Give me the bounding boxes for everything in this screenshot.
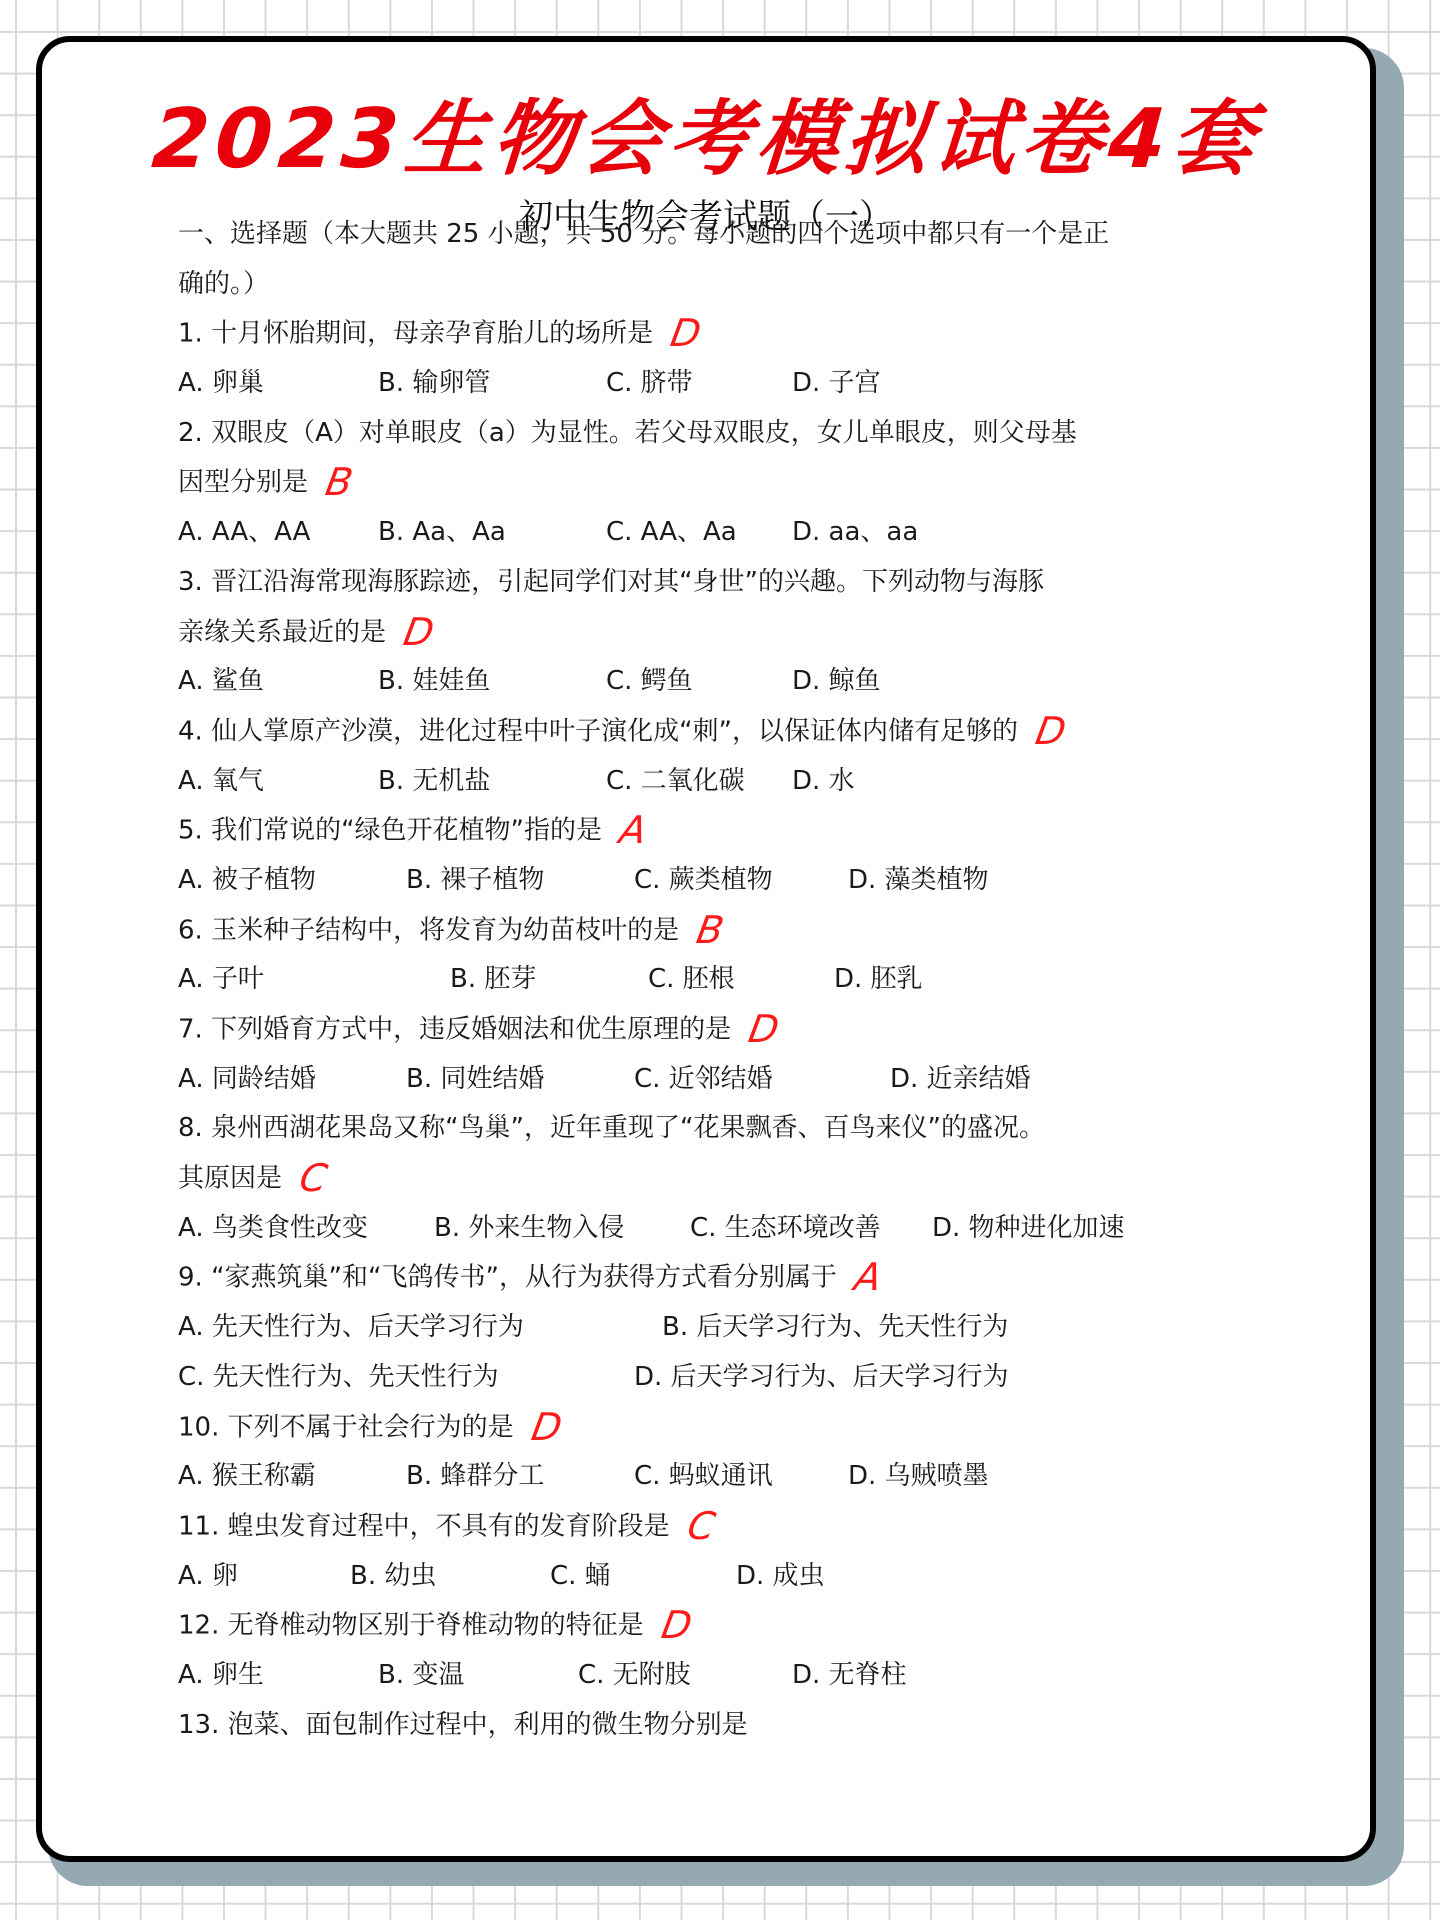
answer-option: B. 蜂群分工 xyxy=(406,1452,634,1502)
question-text: 9. “家燕筑巢”和“飞鸽传书”，从行为获得方式看分别属于 xyxy=(178,1263,837,1293)
answer-option: C. 二氧化碳 xyxy=(606,757,792,807)
answer-option: C. 蕨类植物 xyxy=(634,856,848,906)
answer-option: B. 变温 xyxy=(378,1651,578,1701)
answer-option: B. 后天学习行为、先天性行为 xyxy=(662,1303,1062,1353)
answer-option: B. 幼虫 xyxy=(350,1552,550,1602)
answer-option: C. 生态环境改善 xyxy=(690,1204,932,1254)
question-text: 6. 玉米种子结构中，将发育为幼苗枝叶的是 xyxy=(178,915,679,945)
answer-option: D. 乌贼喷墨 xyxy=(848,1452,1028,1502)
question-item: 10. 下列不属于社会行为的是DA. 猴王称霸B. 蜂群分工C. 蚂蚁通讯D. … xyxy=(178,1403,1228,1502)
question-text: 4. 仙人掌原产沙漠，进化过程中叶子演化成“刺”，以保证体内储有足够的 xyxy=(178,716,1018,746)
question-item: 4. 仙人掌原产沙漠，进化过程中叶子演化成“刺”，以保证体内储有足够的DA. 氧… xyxy=(178,707,1228,806)
question-stem: 2. 双眼皮（A）对单眼皮（a）为显性。若父母双眼皮，女儿单眼皮，则父母基 xyxy=(178,409,1228,459)
options-row: A. 先天性行为、后天学习行为B. 后天学习行为、先天性行为 xyxy=(178,1303,1228,1353)
question-text: 10. 下列不属于社会行为的是 xyxy=(178,1412,514,1442)
answer-option: C. 脐带 xyxy=(606,359,792,409)
question-list: 1. 十月怀胎期间，母亲孕育胎儿的场所是DA. 卵巢B. 输卵管C. 脐带D. … xyxy=(178,309,1228,1750)
handwritten-answer: D xyxy=(1032,707,1070,757)
question-stem: 1. 十月怀胎期间，母亲孕育胎儿的场所是D xyxy=(178,309,1228,359)
answer-option: A. 氧气 xyxy=(178,757,378,807)
answer-option: C. 鳄鱼 xyxy=(606,657,792,707)
question-stem: 11. 蝗虫发育过程中，不具有的发育阶段是C xyxy=(178,1502,1228,1552)
handwritten-answer: B xyxy=(322,458,357,508)
handwritten-answer: D xyxy=(667,309,705,359)
answer-option: B. 外来生物入侵 xyxy=(434,1204,690,1254)
answer-option: B. 裸子植物 xyxy=(406,856,634,906)
section-heading-line-1: 一、选择题（本大题共 25 小题，共 50 分。每小题的四个选项中都只有一个是正 xyxy=(178,210,1228,260)
answer-option: A. 卵巢 xyxy=(178,359,378,409)
options-row: A. 卵B. 幼虫C. 蛹D. 成虫 xyxy=(178,1552,1228,1602)
answer-option: B. 无机盐 xyxy=(378,757,606,807)
options-row: C. 先天性行为、先天性行为D. 后天学习行为、后天学习行为 xyxy=(178,1353,1228,1403)
answer-option: C. 蚂蚁通讯 xyxy=(634,1452,848,1502)
question-text: 8. 泉州西湖花果岛又称“鸟巢”，近年重现了“花果飘香、百鸟来仪”的盛况。 xyxy=(178,1113,1045,1143)
options-row: A. 鲨鱼B. 娃娃鱼C. 鳄鱼D. 鲸鱼 xyxy=(178,657,1228,707)
answer-option: A. 子叶 xyxy=(178,955,450,1005)
handwritten-answer: B xyxy=(693,906,728,956)
question-stem: 因型分别是B xyxy=(178,458,1228,508)
answer-option: A. 猴王称霸 xyxy=(178,1452,406,1502)
answer-option: D. 水 xyxy=(792,757,942,807)
question-text: 5. 我们常说的“绿色开花植物”指的是 xyxy=(178,816,602,846)
options-row: A. 卵巢B. 输卵管C. 脐带D. 子宫 xyxy=(178,359,1228,409)
options-row: A. 同龄结婚B. 同姓结婚C. 近邻结婚D. 近亲结婚 xyxy=(178,1055,1228,1105)
handwritten-answer: A xyxy=(616,806,651,856)
question-stem: 9. “家燕筑巢”和“飞鸽传书”，从行为获得方式看分别属于A xyxy=(178,1253,1228,1303)
handwritten-answer: C xyxy=(296,1154,331,1204)
question-stem: 4. 仙人掌原产沙漠，进化过程中叶子演化成“刺”，以保证体内储有足够的D xyxy=(178,707,1228,757)
question-stem: 其原因是C xyxy=(178,1154,1228,1204)
answer-option: C. AA、Aa xyxy=(606,508,792,558)
question-item: 3. 晋江沿海常现海豚踪迹，引起同学们对其“身世”的兴趣。下列动物与海豚亲缘关系… xyxy=(178,558,1228,707)
question-stem: 12. 无脊椎动物区别于脊椎动物的特征是D xyxy=(178,1601,1228,1651)
answer-option: B. 娃娃鱼 xyxy=(378,657,606,707)
question-item: 9. “家燕筑巢”和“飞鸽传书”，从行为获得方式看分别属于AA. 先天性行为、后… xyxy=(178,1253,1228,1402)
options-row: A. 卵生B. 变温C. 无附肢D. 无脊柱 xyxy=(178,1651,1228,1701)
question-item: 2. 双眼皮（A）对单眼皮（a）为显性。若父母双眼皮，女儿单眼皮，则父母基因型分… xyxy=(178,409,1228,558)
exam-content: 一、选择题（本大题共 25 小题，共 50 分。每小题的四个选项中都只有一个是正… xyxy=(178,210,1228,1750)
question-text: 2. 双眼皮（A）对单眼皮（a）为显性。若父母双眼皮，女儿单眼皮，则父母基 xyxy=(178,418,1077,448)
handwritten-answer: D xyxy=(745,1005,783,1055)
question-item: 12. 无脊椎动物区别于脊椎动物的特征是DA. 卵生B. 变温C. 无附肢D. … xyxy=(178,1601,1228,1700)
answer-option: B. 同姓结婚 xyxy=(406,1055,634,1105)
question-stem: 3. 晋江沿海常现海豚踪迹，引起同学们对其“身世”的兴趣。下列动物与海豚 xyxy=(178,558,1228,608)
answer-option: C. 胚根 xyxy=(648,955,834,1005)
question-text: 3. 晋江沿海常现海豚踪迹，引起同学们对其“身世”的兴趣。下列动物与海豚 xyxy=(178,567,1044,597)
question-stem: 亲缘关系最近的是D xyxy=(178,608,1228,658)
question-item: 5. 我们常说的“绿色开花植物”指的是AA. 被子植物B. 裸子植物C. 蕨类植… xyxy=(178,806,1228,905)
question-text: 11. 蝗虫发育过程中，不具有的发育阶段是 xyxy=(178,1511,670,1541)
question-text: 7. 下列婚育方式中，违反婚姻法和优生原理的是 xyxy=(178,1014,731,1044)
options-row: A. 猴王称霸B. 蜂群分工C. 蚂蚁通讯D. 乌贼喷墨 xyxy=(178,1452,1228,1502)
answer-option: C. 蛹 xyxy=(550,1552,736,1602)
section-heading-line-2: 确的。） xyxy=(178,260,1228,310)
handwritten-answer: D xyxy=(657,1601,695,1651)
question-item: 8. 泉州西湖花果岛又称“鸟巢”，近年重现了“花果飘香、百鸟来仪”的盛况。其原因… xyxy=(178,1104,1228,1253)
question-stem: 7. 下列婚育方式中，违反婚姻法和优生原理的是D xyxy=(178,1005,1228,1055)
handwritten-answer: C xyxy=(683,1502,718,1552)
answer-option: A. AA、AA xyxy=(178,508,378,558)
question-item: 6. 玉米种子结构中，将发育为幼苗枝叶的是BA. 子叶B. 胚芽C. 胚根D. … xyxy=(178,906,1228,1005)
answer-option: D. 子宫 xyxy=(792,359,942,409)
question-item: 13. 泡菜、面包制作过程中，利用的微生物分别是 xyxy=(178,1701,1228,1751)
handwritten-answer: D xyxy=(400,608,438,658)
answer-option: D. 藻类植物 xyxy=(848,856,1028,906)
question-stem: 5. 我们常说的“绿色开花植物”指的是A xyxy=(178,806,1228,856)
answer-option: D. 成虫 xyxy=(736,1552,886,1602)
answer-option: A. 卵生 xyxy=(178,1651,378,1701)
answer-option: A. 卵 xyxy=(178,1552,350,1602)
handwritten-answer: D xyxy=(527,1403,565,1453)
answer-option: A. 同龄结婚 xyxy=(178,1055,406,1105)
handwritten-answer: A xyxy=(851,1253,886,1303)
answer-option: B. 输卵管 xyxy=(378,359,606,409)
answer-option: B. Aa、Aa xyxy=(378,508,606,558)
answer-option: D. 胚乳 xyxy=(834,955,984,1005)
options-row: A. 鸟类食性改变B. 外来生物入侵C. 生态环境改善D. 物种进化加速 xyxy=(178,1204,1228,1254)
question-stem: 8. 泉州西湖花果岛又称“鸟巢”，近年重现了“花果飘香、百鸟来仪”的盛况。 xyxy=(178,1104,1228,1154)
answer-option: C. 近邻结婚 xyxy=(634,1055,890,1105)
answer-option: A. 鲨鱼 xyxy=(178,657,378,707)
answer-option: A. 先天性行为、后天学习行为 xyxy=(178,1303,662,1353)
options-row: A. 子叶B. 胚芽C. 胚根D. 胚乳 xyxy=(178,955,1228,1005)
question-item: 1. 十月怀胎期间，母亲孕育胎儿的场所是DA. 卵巢B. 输卵管C. 脐带D. … xyxy=(178,309,1228,408)
question-item: 7. 下列婚育方式中，违反婚姻法和优生原理的是DA. 同龄结婚B. 同姓结婚C.… xyxy=(178,1005,1228,1104)
answer-option: D. 鲸鱼 xyxy=(792,657,942,707)
answer-option: D. aa、aa xyxy=(792,508,942,558)
options-row: A. 氧气B. 无机盐C. 二氧化碳D. 水 xyxy=(178,757,1228,807)
answer-option: D. 物种进化加速 xyxy=(932,1204,1152,1254)
question-item: 11. 蝗虫发育过程中，不具有的发育阶段是CA. 卵B. 幼虫C. 蛹D. 成虫 xyxy=(178,1502,1228,1601)
answer-option: C. 无附肢 xyxy=(578,1651,792,1701)
question-text: 13. 泡菜、面包制作过程中，利用的微生物分别是 xyxy=(178,1710,748,1740)
options-row: A. AA、AAB. Aa、AaC. AA、AaD. aa、aa xyxy=(178,508,1228,558)
answer-option: D. 无脊柱 xyxy=(792,1651,942,1701)
question-text: 12. 无脊椎动物区别于脊椎动物的特征是 xyxy=(178,1611,644,1641)
answer-option: B. 胚芽 xyxy=(450,955,648,1005)
question-text: 因型分别是 xyxy=(178,468,308,498)
answer-option: D. 近亲结婚 xyxy=(890,1055,1070,1105)
options-row: A. 被子植物B. 裸子植物C. 蕨类植物D. 藻类植物 xyxy=(178,856,1228,906)
answer-option: D. 后天学习行为、后天学习行为 xyxy=(634,1353,1054,1403)
answer-option: C. 先天性行为、先天性行为 xyxy=(178,1353,634,1403)
question-stem: 6. 玉米种子结构中，将发育为幼苗枝叶的是B xyxy=(178,906,1228,956)
question-text: 亲缘关系最近的是 xyxy=(178,617,386,647)
question-stem: 13. 泡菜、面包制作过程中，利用的微生物分别是 xyxy=(178,1701,1228,1751)
question-stem: 10. 下列不属于社会行为的是D xyxy=(178,1403,1228,1453)
question-text: 其原因是 xyxy=(178,1163,282,1193)
answer-option: A. 被子植物 xyxy=(178,856,406,906)
answer-option: A. 鸟类食性改变 xyxy=(178,1204,434,1254)
question-text: 1. 十月怀胎期间，母亲孕育胎儿的场所是 xyxy=(178,319,653,349)
main-title: 2023生物会考模拟试卷4套 xyxy=(39,90,1374,190)
